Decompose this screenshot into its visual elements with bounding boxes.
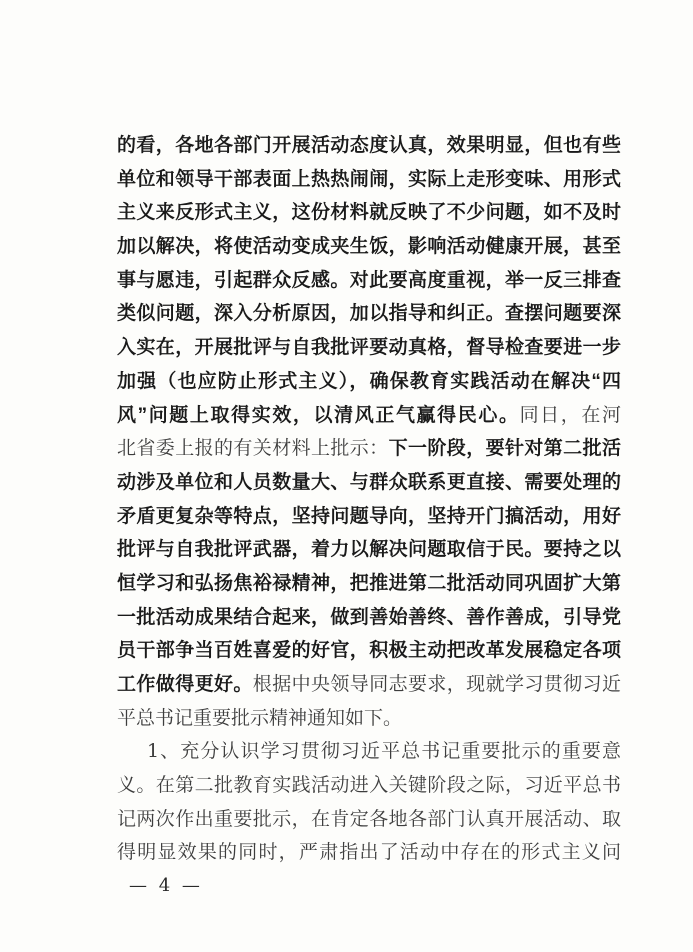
text-segment: 批评与自我批评武器，着力以解决问题取信于民。要持之以 — [117, 539, 621, 560]
text-segment: 事与愿违，引起群众反感。对此要高度重视，举一反三排查 — [117, 270, 621, 291]
text-line: 的看，各地各部门开展活动态度认真，效果明显，但也有些 — [117, 129, 621, 163]
text-segment: 的看，各地各部门开展活动态度认真，效果明显，但也有些 — [117, 135, 621, 156]
text-line: 矛盾更复杂等特点，坚持问题导向，坚持开门搞活动，用好 — [117, 500, 621, 534]
text-line: 记两次作出重要批示，在肯定各地各部门认真开展活动、取 — [117, 803, 621, 837]
document-page: 的看，各地各部门开展活动态度认真，效果明显，但也有些 单位和领导干部表面上热热闹… — [0, 0, 693, 952]
text-line: 北省委上报的有关材料上批示：下一阶段，要针对第二批活 — [117, 432, 621, 466]
text-line: 得明显效果的同时，严肃指出了活动中存在的形式主义问 — [117, 836, 621, 870]
text-line: 单位和领导干部表面上热热闹闹，实际上走形变味、用形式 — [117, 163, 621, 197]
text-line: 恒学习和弘扬焦裕禄精神，把推进第二批活动同巩固扩大第 — [117, 567, 621, 601]
text-segment: 根据中央领导同志要求，现就学习贯彻习近 — [253, 673, 621, 695]
text-segment: 动涉及单位和人员数量大、与群众联系更直接、需要处理的 — [117, 472, 621, 493]
text-line: 类似问题，深入分析原因，加以指导和纠正。查摆问题要深 — [117, 297, 621, 331]
text-segment: 主义来反形式主义，这份材料就反映了不少问题，如不及时 — [117, 202, 621, 223]
text-segment: 工作做得更好。 — [117, 674, 253, 695]
page-number: — 4 — — [117, 875, 621, 896]
text-line: 义。在第二批教育实践活动进入关键阶段之际，习近平总书 — [117, 769, 621, 803]
text-line: 入实在，开展批评与自我批评要动真格，督导检查要进一步 — [117, 331, 621, 365]
text-segment: 平总书记重要批示精神通知如下。 — [117, 707, 402, 729]
text-segment: 下一阶段，要针对第二批活 — [389, 438, 621, 459]
text-block: 的看，各地各部门开展活动态度认真，效果明显，但也有些 单位和领导干部表面上热热闹… — [117, 129, 621, 896]
text-segment: 恒学习和弘扬焦裕禄精神，把推进第二批活动同巩固扩大第 — [117, 573, 621, 594]
text-segment: 矛盾更复杂等特点，坚持问题导向，坚持开门搞活动，用好 — [117, 506, 621, 527]
text-line: 平总书记重要批示精神通知如下。 — [117, 702, 621, 736]
text-line: 工作做得更好。根据中央领导同志要求，现就学习贯彻习近 — [117, 668, 621, 702]
text-segment: 同日，在河 — [520, 404, 621, 426]
text-segment: 义。在第二批教育实践活动进入关键阶段之际，习近平总书 — [117, 774, 621, 796]
text-segment: 入实在，开展批评与自我批评要动真格，督导检查要进一步 — [117, 337, 621, 358]
text-segment: 单位和领导干部表面上热热闹闹，实际上走形变味、用形式 — [117, 169, 621, 190]
text-segment: 加强（也应防止形式主义），确保教育实践活动在解决“四 — [117, 371, 621, 392]
text-line: 员干部争当百姓喜爱的好官，积极主动把改革发展稳定各项 — [117, 634, 621, 668]
text-line: 主义来反形式主义，这份材料就反映了不少问题，如不及时 — [117, 196, 621, 230]
text-line: 加以解决，将使活动变成夹生饭，影响活动健康开展，甚至 — [117, 230, 621, 264]
text-line: 加强（也应防止形式主义），确保教育实践活动在解决“四 — [117, 365, 621, 399]
text-line: 批评与自我批评武器，着力以解决问题取信于民。要持之以 — [117, 533, 621, 567]
text-line: 风”问题上取得实效，以清风正气赢得民心。同日，在河 — [117, 399, 621, 433]
text-line: 事与愿违，引起群众反感。对此要高度重视，举一反三排查 — [117, 264, 621, 298]
text-segment: 类似问题，深入分析原因，加以指导和纠正。查摆问题要深 — [117, 303, 621, 324]
text-segment: 北省委上报的有关材料上批示： — [117, 437, 389, 459]
section-heading-line: 1、充分认识学习贯彻习近平总书记重要批示的重要意 — [117, 735, 621, 769]
text-segment: 1、充分认识学习贯彻习近平总书记重要批示的重要意 — [147, 740, 621, 762]
text-segment: 一批活动成果结合起来，做到善始善终、善作善成，引导党 — [117, 607, 621, 628]
text-segment: 加以解决，将使活动变成夹生饭，影响活动健康开展，甚至 — [117, 236, 621, 257]
text-segment: 员干部争当百姓喜爱的好官，积极主动把改革发展稳定各项 — [117, 640, 621, 661]
text-segment: 风”问题上取得实效，以清风正气赢得民心。 — [117, 405, 520, 426]
text-line: 动涉及单位和人员数量大、与群众联系更直接、需要处理的 — [117, 466, 621, 500]
text-segment: 记两次作出重要批示，在肯定各地各部门认真开展活动、取 — [117, 808, 621, 830]
text-line: 一批活动成果结合起来，做到善始善终、善作善成，引导党 — [117, 601, 621, 635]
text-segment: 得明显效果的同时，严肃指出了活动中存在的形式主义问 — [117, 841, 621, 863]
